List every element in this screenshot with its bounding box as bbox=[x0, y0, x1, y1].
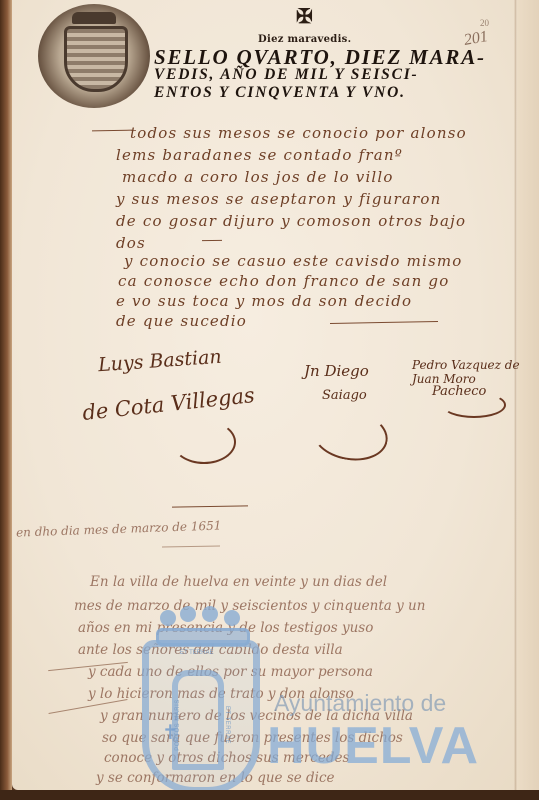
signature: Luys Bastian bbox=[97, 346, 222, 377]
text-line: ca conosce echo don franco de san go bbox=[118, 272, 449, 290]
signature: de Cota Villegas bbox=[81, 383, 256, 425]
text-line: e vo sus toca y mos da son decido bbox=[116, 292, 412, 310]
text-line: En la villa de huelva en veinte y un dia… bbox=[90, 574, 387, 590]
text-line: lems baradanes se contado franº bbox=[116, 146, 403, 164]
book-binding bbox=[0, 0, 12, 800]
stamp-header-text: SELLO QVARTO, DIEZ MARA- VEDIS, AÑO DE M… bbox=[154, 48, 454, 102]
pen-stroke bbox=[162, 545, 220, 547]
text-line: de co gosar dijuro y comoson otros bajo bbox=[116, 212, 466, 230]
text-line: mes de marzo de mil y seiscientos y cinq… bbox=[74, 598, 425, 614]
text-line: macdo a coro los jos de lo villo bbox=[122, 168, 394, 186]
text-line: y sus mesos se aseptaron y figuraron bbox=[116, 190, 441, 208]
signature-flourish bbox=[308, 404, 392, 466]
signature: Pedro Vazquez de Juan Moro bbox=[412, 358, 539, 386]
coat-of-arms-icon bbox=[64, 26, 128, 92]
page-edge-crease bbox=[514, 0, 517, 790]
pen-stroke bbox=[330, 321, 438, 324]
stamp-line-3: ENTOS Y CINQVENTA Y VNO. bbox=[154, 84, 454, 102]
crown-icon bbox=[72, 12, 116, 24]
page-edge bbox=[517, 0, 539, 790]
watermark-crown-icon bbox=[160, 606, 240, 644]
signature-flourish bbox=[442, 392, 506, 418]
text-line: y conocio se casuo este cavisdo mismo bbox=[124, 252, 463, 270]
signature: Jn Diego bbox=[304, 362, 369, 380]
folio-small-mark: 20 bbox=[480, 18, 489, 28]
pen-stroke bbox=[172, 505, 248, 507]
page-bottom-shadow bbox=[0, 790, 539, 800]
date-margin-note: en dho dia mes de marzo de 1651 bbox=[16, 518, 222, 539]
watermark-line-2: HUELVA bbox=[267, 716, 479, 776]
watermark-side-text: PORTUS MARIS bbox=[175, 699, 181, 751]
pen-stroke bbox=[202, 240, 222, 241]
pen-stroke bbox=[92, 130, 132, 132]
manuscript-page: ✠ Diez maravedis. SELLO QVARTO, DIEZ MAR… bbox=[12, 0, 539, 790]
watermark-line-1: Ayuntamiento de bbox=[274, 690, 446, 717]
signature-flourish bbox=[172, 420, 236, 464]
watermark-shield-label: ET TERRAE bbox=[180, 650, 213, 656]
text-line: todos sus mesos se conocio por alonso bbox=[130, 124, 467, 142]
royal-seal-emblem bbox=[38, 4, 150, 108]
text-line: de que sucedio bbox=[116, 312, 247, 330]
stamp-denomination: Diez maravedis. bbox=[258, 34, 351, 45]
watermark-side-text: ET TERRAE bbox=[224, 706, 230, 744]
text-line: dos bbox=[116, 234, 146, 252]
cross-mark-icon: ✠ bbox=[296, 4, 313, 28]
stamp-line-1: SELLO QVARTO, DIEZ MARA- bbox=[154, 48, 454, 66]
stamp-line-2: VEDIS, AÑO DE MIL Y SEISCI- bbox=[154, 66, 454, 84]
signature: Saiago bbox=[322, 388, 367, 403]
